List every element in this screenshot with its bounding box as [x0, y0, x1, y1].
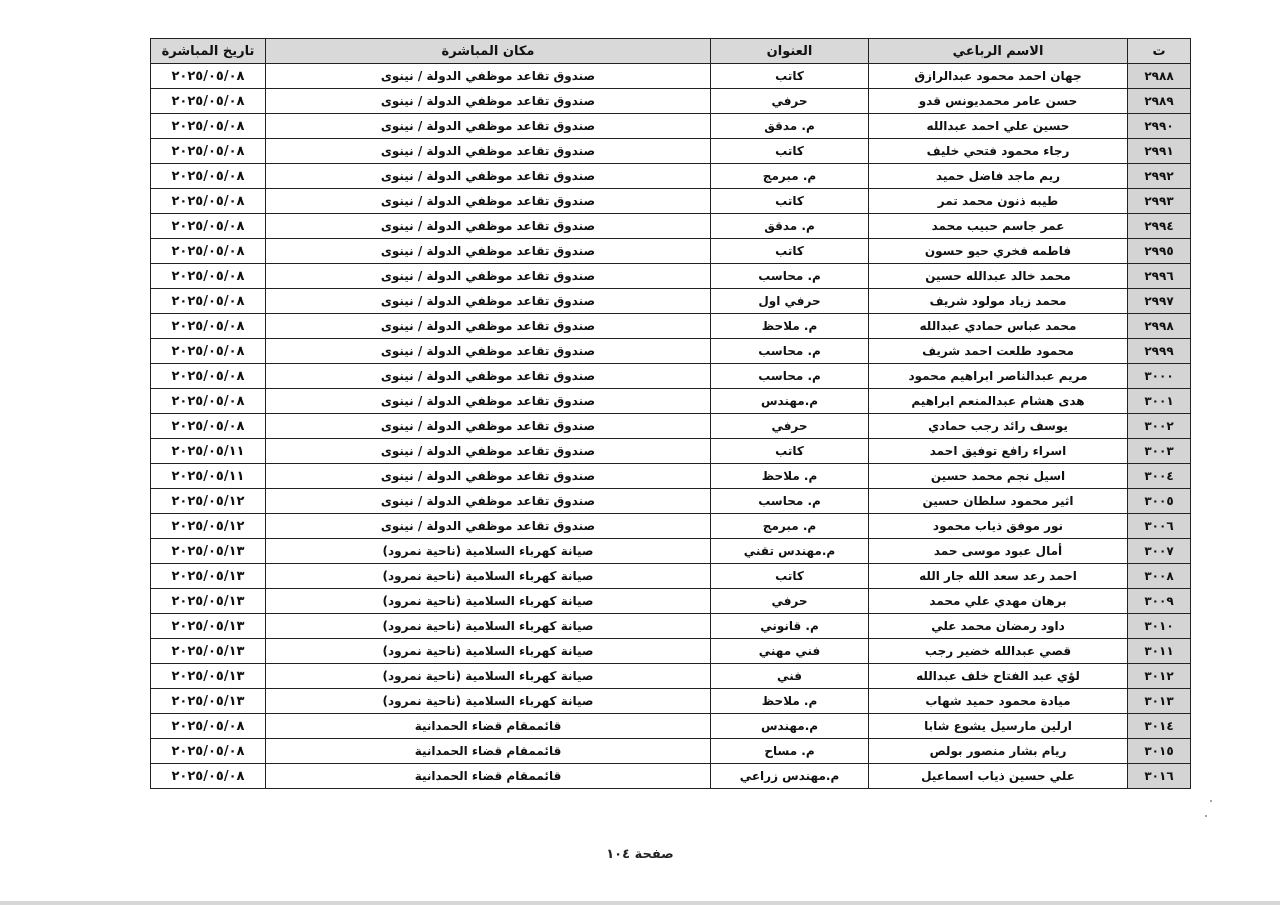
row-seq-cell: ٢٩٨٨ [1128, 64, 1191, 89]
row-title-cell: م. ملاحظ [711, 464, 869, 489]
row-title-cell: كاتب [711, 239, 869, 264]
row-date-cell: ٢٠٢٥/٠٥/٠٨ [151, 764, 266, 789]
row-date-cell: ٢٠٢٥/٠٥/٠٨ [151, 64, 266, 89]
row-date-cell: ٢٠٢٥/٠٥/١٣ [151, 639, 266, 664]
page-number: صفحة ١٠٤ [0, 847, 1280, 862]
table-row: ٢٩٩٩محمود طلعت احمد شريفم. محاسبصندوق تق… [151, 339, 1191, 364]
row-title-cell: كاتب [711, 189, 869, 214]
row-name-cell: مريم عبدالناصر ابراهيم محمود [869, 364, 1128, 389]
row-place-cell: قائممقام قضاء الحمدانية [266, 764, 711, 789]
row-title-cell: فني مهني [711, 639, 869, 664]
row-name-cell: طيبه ذنون محمد تمر [869, 189, 1128, 214]
row-seq-cell: ٣٠٠٦ [1128, 514, 1191, 539]
header-seq: ت [1128, 39, 1191, 64]
scan-speck [1205, 815, 1207, 817]
row-seq-cell: ٢٩٩٣ [1128, 189, 1191, 214]
row-place-cell: صيانة كهرباء السلامية (ناحية نمرود) [266, 539, 711, 564]
row-name-cell: احمد رعد سعد الله جار الله [869, 564, 1128, 589]
table-row: ٢٩٩٦محمد خالد عبدالله حسينم. محاسبصندوق … [151, 264, 1191, 289]
row-seq-cell: ٣٠٠٤ [1128, 464, 1191, 489]
table-row: ٣٠١٣ميادة محمود حميد شهابم. ملاحظصيانة ك… [151, 689, 1191, 714]
row-name-cell: ارلين مارسيل يشوع شابا [869, 714, 1128, 739]
row-place-cell: صندوق تقاعد موظفي الدولة / نينوى [266, 89, 711, 114]
row-date-cell: ٢٠٢٥/٠٥/١٢ [151, 514, 266, 539]
row-name-cell: لؤي عبد الفتاح خلف عبدالله [869, 664, 1128, 689]
row-name-cell: برهان مهدي علي محمد [869, 589, 1128, 614]
row-title-cell: م. مبرمج [711, 514, 869, 539]
row-seq-cell: ٣٠١٠ [1128, 614, 1191, 639]
row-name-cell: اسيل نجم محمد حسين [869, 464, 1128, 489]
row-place-cell: صندوق تقاعد موظفي الدولة / نينوى [266, 339, 711, 364]
row-place-cell: صندوق تقاعد موظفي الدولة / نينوى [266, 514, 711, 539]
row-title-cell: حرفي [711, 589, 869, 614]
row-name-cell: اثير محمود سلطان حسين [869, 489, 1128, 514]
row-title-cell: حرفي اول [711, 289, 869, 314]
row-name-cell: ريم ماجد فاضل حميد [869, 164, 1128, 189]
row-title-cell: م.مهندس زراعي [711, 764, 869, 789]
table-row: ٣٠٠١هدى هشام عبدالمنعم ابراهيمم.مهندسصند… [151, 389, 1191, 414]
row-seq-cell: ٢٩٩٦ [1128, 264, 1191, 289]
header-name: الاسم الرباعي [869, 39, 1128, 64]
row-seq-cell: ٣٠٠٨ [1128, 564, 1191, 589]
row-place-cell: صندوق تقاعد موظفي الدولة / نينوى [266, 489, 711, 514]
row-seq-cell: ٢٩٩٨ [1128, 314, 1191, 339]
table-row: ٢٩٩٣طيبه ذنون محمد تمركاتبصندوق تقاعد مو… [151, 189, 1191, 214]
table-row: ٣٠٠٧أمال عبود موسى حمدم.مهندس تقنيصيانة … [151, 539, 1191, 564]
table-row: ٢٩٨٩حسن عامر محمديونس قدوحرفيصندوق تقاعد… [151, 89, 1191, 114]
row-title-cell: م. ملاحظ [711, 314, 869, 339]
row-name-cell: يوسف رائد رجب حمادي [869, 414, 1128, 439]
row-place-cell: صندوق تقاعد موظفي الدولة / نينوى [266, 439, 711, 464]
table-row: ٢٩٩٢ريم ماجد فاضل حميدم. مبرمجصندوق تقاع… [151, 164, 1191, 189]
table-row: ٣٠٠٣اسراء رافع توفيق احمدكاتبصندوق تقاعد… [151, 439, 1191, 464]
row-date-cell: ٢٠٢٥/٠٥/٠٨ [151, 164, 266, 189]
row-seq-cell: ٣٠٠٩ [1128, 589, 1191, 614]
row-title-cell: م. محاسب [711, 339, 869, 364]
row-date-cell: ٢٠٢٥/٠٥/١١ [151, 464, 266, 489]
appointments-table: ت الاسم الرباعي العنوان مكان المباشرة تا… [150, 38, 1191, 789]
row-name-cell: محمود طلعت احمد شريف [869, 339, 1128, 364]
row-place-cell: صيانة كهرباء السلامية (ناحية نمرود) [266, 564, 711, 589]
row-date-cell: ٢٠٢٥/٠٥/٠٨ [151, 239, 266, 264]
table-row: ٣٠٠٤اسيل نجم محمد حسينم. ملاحظصندوق تقاع… [151, 464, 1191, 489]
header-title: العنوان [711, 39, 869, 64]
row-place-cell: صندوق تقاعد موظفي الدولة / نينوى [266, 64, 711, 89]
row-name-cell: محمد عباس حمادي عبدالله [869, 314, 1128, 339]
row-date-cell: ٢٠٢٥/٠٥/١٣ [151, 689, 266, 714]
row-seq-cell: ٣٠١٣ [1128, 689, 1191, 714]
row-title-cell: م. محاسب [711, 489, 869, 514]
row-date-cell: ٢٠٢٥/٠٥/١١ [151, 439, 266, 464]
row-date-cell: ٢٠٢٥/٠٥/١٣ [151, 564, 266, 589]
row-place-cell: صندوق تقاعد موظفي الدولة / نينوى [266, 239, 711, 264]
row-name-cell: اسراء رافع توفيق احمد [869, 439, 1128, 464]
table-row: ٣٠٠٠مريم عبدالناصر ابراهيم محمودم. محاسب… [151, 364, 1191, 389]
row-seq-cell: ٣٠٠٥ [1128, 489, 1191, 514]
row-seq-cell: ٣٠١٢ [1128, 664, 1191, 689]
row-title-cell: م.مهندس [711, 714, 869, 739]
table-row: ٣٠١٠داود رمضان محمد عليم. قانونيصيانة كه… [151, 614, 1191, 639]
row-name-cell: حسين علي احمد عبدالله [869, 114, 1128, 139]
row-seq-cell: ٢٩٩٤ [1128, 214, 1191, 239]
row-date-cell: ٢٠٢٥/٠٥/١٣ [151, 614, 266, 639]
row-name-cell: داود رمضان محمد علي [869, 614, 1128, 639]
row-place-cell: قائممقام قضاء الحمدانية [266, 714, 711, 739]
table-row: ٣٠١٤ارلين مارسيل يشوع شابام.مهندسقائممقا… [151, 714, 1191, 739]
row-date-cell: ٢٠٢٥/٠٥/٠٨ [151, 739, 266, 764]
row-place-cell: صندوق تقاعد موظفي الدولة / نينوى [266, 389, 711, 414]
table-row: ٢٩٩٥فاطمه فخري حيو حسونكاتبصندوق تقاعد م… [151, 239, 1191, 264]
row-place-cell: صندوق تقاعد موظفي الدولة / نينوى [266, 164, 711, 189]
page-edge [0, 901, 1280, 905]
row-date-cell: ٢٠٢٥/٠٥/١٣ [151, 539, 266, 564]
row-date-cell: ٢٠٢٥/٠٥/٠٨ [151, 114, 266, 139]
row-name-cell: علي حسين ذياب اسماعيل [869, 764, 1128, 789]
row-title-cell: م. مدقق [711, 214, 869, 239]
row-date-cell: ٢٠٢٥/٠٥/٠٨ [151, 289, 266, 314]
table-row: ٣٠٠٨احمد رعد سعد الله جار اللهكاتبصيانة … [151, 564, 1191, 589]
row-date-cell: ٢٠٢٥/٠٥/٠٨ [151, 89, 266, 114]
row-title-cell: كاتب [711, 139, 869, 164]
table-row: ٢٩٩١رجاء محمود فتحي خليفكاتبصندوق تقاعد … [151, 139, 1191, 164]
row-date-cell: ٢٠٢٥/٠٥/٠٨ [151, 189, 266, 214]
table-row: ٣٠١٦علي حسين ذياب اسماعيلم.مهندس زراعيقا… [151, 764, 1191, 789]
row-seq-cell: ٣٠٠٧ [1128, 539, 1191, 564]
row-seq-cell: ٣٠٠٠ [1128, 364, 1191, 389]
row-place-cell: صيانة كهرباء السلامية (ناحية نمرود) [266, 614, 711, 639]
row-seq-cell: ٢٩٩٧ [1128, 289, 1191, 314]
row-seq-cell: ٣٠٠٢ [1128, 414, 1191, 439]
row-name-cell: حسن عامر محمديونس قدو [869, 89, 1128, 114]
row-date-cell: ٢٠٢٥/٠٥/٠٨ [151, 364, 266, 389]
row-title-cell: حرفي [711, 414, 869, 439]
row-seq-cell: ٣٠١٥ [1128, 739, 1191, 764]
row-seq-cell: ٣٠٠١ [1128, 389, 1191, 414]
row-title-cell: م. مبرمج [711, 164, 869, 189]
row-title-cell: م. محاسب [711, 264, 869, 289]
row-place-cell: صندوق تقاعد موظفي الدولة / نينوى [266, 464, 711, 489]
table-row: ٣٠٠٥اثير محمود سلطان حسينم. محاسبصندوق ت… [151, 489, 1191, 514]
row-name-cell: عمر جاسم حبيب محمد [869, 214, 1128, 239]
row-title-cell: م. ملاحظ [711, 689, 869, 714]
row-place-cell: صيانة كهرباء السلامية (ناحية نمرود) [266, 639, 711, 664]
table-header-row: ت الاسم الرباعي العنوان مكان المباشرة تا… [151, 39, 1191, 64]
row-name-cell: فاطمه فخري حيو حسون [869, 239, 1128, 264]
row-title-cell: م.مهندس تقني [711, 539, 869, 564]
row-date-cell: ٢٠٢٥/٠٥/٠٨ [151, 714, 266, 739]
row-seq-cell: ٢٩٩٠ [1128, 114, 1191, 139]
row-date-cell: ٢٠٢٥/٠٥/٠٨ [151, 264, 266, 289]
row-date-cell: ٢٠٢٥/٠٥/١٢ [151, 489, 266, 514]
row-title-cell: م.مهندس [711, 389, 869, 414]
row-seq-cell: ٢٩٩١ [1128, 139, 1191, 164]
row-place-cell: صندوق تقاعد موظفي الدولة / نينوى [266, 414, 711, 439]
row-name-cell: هدى هشام عبدالمنعم ابراهيم [869, 389, 1128, 414]
row-title-cell: كاتب [711, 564, 869, 589]
row-place-cell: صندوق تقاعد موظفي الدولة / نينوى [266, 189, 711, 214]
table-row: ٣٠١١قصي عبدالله خضير رجبفني مهنيصيانة كه… [151, 639, 1191, 664]
table-row: ٢٩٩٨محمد عباس حمادي عبداللهم. ملاحظصندوق… [151, 314, 1191, 339]
row-place-cell: صندوق تقاعد موظفي الدولة / نينوى [266, 314, 711, 339]
row-date-cell: ٢٠٢٥/٠٥/٠٨ [151, 414, 266, 439]
table-row: ٣٠٠٢يوسف رائد رجب حماديحرفيصندوق تقاعد م… [151, 414, 1191, 439]
row-place-cell: صندوق تقاعد موظفي الدولة / نينوى [266, 214, 711, 239]
row-place-cell: صندوق تقاعد موظفي الدولة / نينوى [266, 139, 711, 164]
table-row: ٣٠٠٦نور موفق ذياب محمودم. مبرمجصندوق تقا… [151, 514, 1191, 539]
row-name-cell: جهان احمد محمود عبدالرازق [869, 64, 1128, 89]
row-name-cell: ريام بشار منصور بولص [869, 739, 1128, 764]
header-place: مكان المباشرة [266, 39, 711, 64]
row-title-cell: كاتب [711, 64, 869, 89]
row-date-cell: ٢٠٢٥/٠٥/١٣ [151, 589, 266, 614]
row-name-cell: ميادة محمود حميد شهاب [869, 689, 1128, 714]
row-seq-cell: ٣٠١١ [1128, 639, 1191, 664]
table-row: ٣٠١٢لؤي عبد الفتاح خلف عبداللهفنيصيانة ك… [151, 664, 1191, 689]
row-date-cell: ٢٠٢٥/٠٥/٠٨ [151, 214, 266, 239]
row-name-cell: محمد خالد عبدالله حسين [869, 264, 1128, 289]
row-place-cell: صيانة كهرباء السلامية (ناحية نمرود) [266, 664, 711, 689]
scan-speck [1210, 800, 1212, 802]
row-place-cell: صندوق تقاعد موظفي الدولة / نينوى [266, 364, 711, 389]
row-title-cell: كاتب [711, 439, 869, 464]
table-row: ٢٩٩٤عمر جاسم حبيب محمدم. مدققصندوق تقاعد… [151, 214, 1191, 239]
row-title-cell: م. مساح [711, 739, 869, 764]
row-name-cell: نور موفق ذياب محمود [869, 514, 1128, 539]
row-place-cell: صندوق تقاعد موظفي الدولة / نينوى [266, 114, 711, 139]
table-body: ٢٩٨٨جهان احمد محمود عبدالرازقكاتبصندوق ت… [151, 64, 1191, 789]
row-title-cell: فني [711, 664, 869, 689]
row-date-cell: ٢٠٢٥/٠٥/٠٨ [151, 314, 266, 339]
row-date-cell: ٢٠٢٥/٠٥/٠٨ [151, 139, 266, 164]
table-row: ٢٩٩٧محمد زياد مولود شريفحرفي اولصندوق تق… [151, 289, 1191, 314]
row-name-cell: رجاء محمود فتحي خليف [869, 139, 1128, 164]
row-title-cell: م. قانوني [711, 614, 869, 639]
row-place-cell: صندوق تقاعد موظفي الدولة / نينوى [266, 289, 711, 314]
row-date-cell: ٢٠٢٥/٠٥/٠٨ [151, 389, 266, 414]
row-seq-cell: ٢٩٩٩ [1128, 339, 1191, 364]
row-place-cell: صيانة كهرباء السلامية (ناحية نمرود) [266, 589, 711, 614]
row-seq-cell: ٣٠٠٣ [1128, 439, 1191, 464]
row-seq-cell: ٢٩٩٢ [1128, 164, 1191, 189]
row-seq-cell: ٣٠١٤ [1128, 714, 1191, 739]
row-title-cell: حرفي [711, 89, 869, 114]
row-date-cell: ٢٠٢٥/٠٥/٠٨ [151, 339, 266, 364]
row-seq-cell: ٣٠١٦ [1128, 764, 1191, 789]
row-name-cell: محمد زياد مولود شريف [869, 289, 1128, 314]
row-place-cell: قائممقام قضاء الحمدانية [266, 739, 711, 764]
row-name-cell: أمال عبود موسى حمد [869, 539, 1128, 564]
header-date: تاريخ المباشرة [151, 39, 266, 64]
row-date-cell: ٢٠٢٥/٠٥/١٣ [151, 664, 266, 689]
row-place-cell: صندوق تقاعد موظفي الدولة / نينوى [266, 264, 711, 289]
table-row: ٢٩٨٨جهان احمد محمود عبدالرازقكاتبصندوق ت… [151, 64, 1191, 89]
row-place-cell: صيانة كهرباء السلامية (ناحية نمرود) [266, 689, 711, 714]
row-seq-cell: ٢٩٩٥ [1128, 239, 1191, 264]
row-name-cell: قصي عبدالله خضير رجب [869, 639, 1128, 664]
row-seq-cell: ٢٩٨٩ [1128, 89, 1191, 114]
table-row: ٣٠١٥ريام بشار منصور بولصم. مساحقائممقام … [151, 739, 1191, 764]
row-title-cell: م. مدقق [711, 114, 869, 139]
row-title-cell: م. محاسب [711, 364, 869, 389]
table-row: ٣٠٠٩برهان مهدي علي محمدحرفيصيانة كهرباء … [151, 589, 1191, 614]
table-row: ٢٩٩٠حسين علي احمد عبداللهم. مدققصندوق تق… [151, 114, 1191, 139]
